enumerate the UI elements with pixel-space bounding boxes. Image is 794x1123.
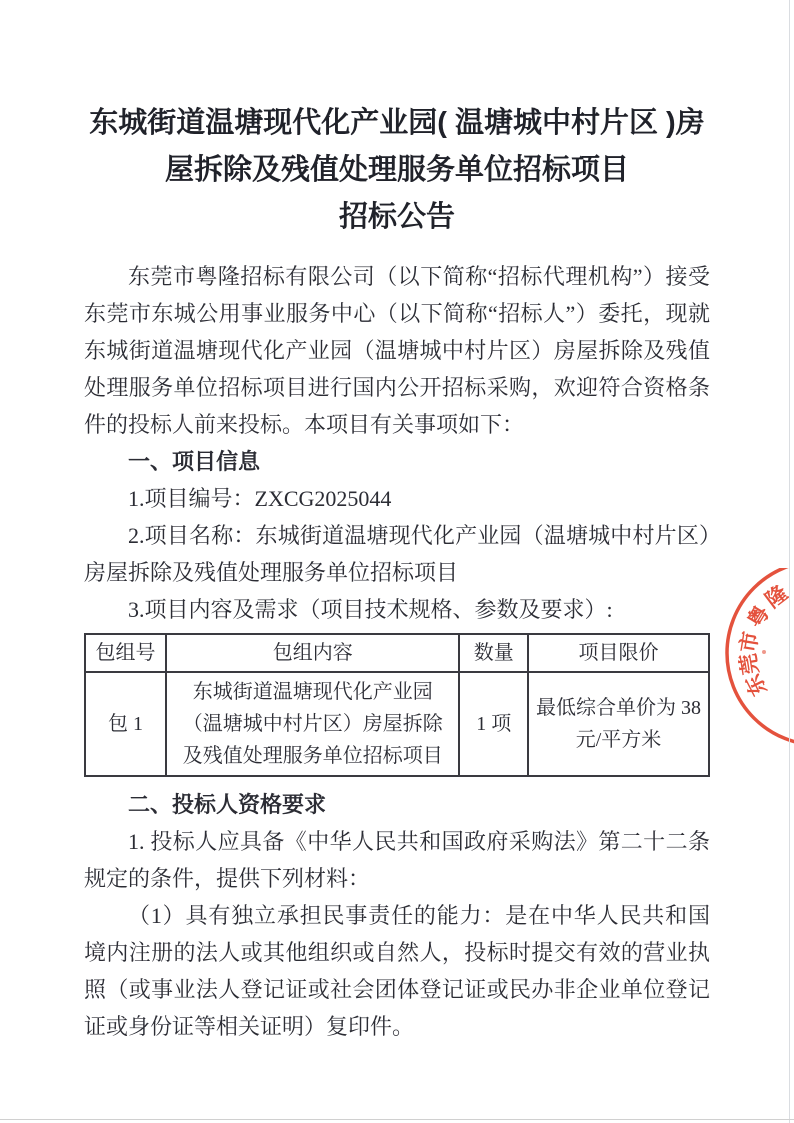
section-heading-project-info: 一、项目信息 bbox=[84, 443, 710, 480]
cell-price-limit: 最低综合单价为 38 元/平方米 bbox=[528, 672, 709, 776]
project-number-line: 1.项目编号：ZXCG2025044 bbox=[84, 480, 710, 517]
cell-package-no: 包 1 bbox=[85, 672, 166, 776]
seal-speck bbox=[762, 650, 766, 654]
seal-char-3: 市 bbox=[736, 630, 763, 654]
package-table-header-row: 包组号 包组内容 数量 项目限价 bbox=[85, 634, 709, 672]
intro-paragraph: 东莞市粤隆招标有限公司（以下简称“招标代理机构”）接受东莞市东城公用事业服务中心… bbox=[84, 258, 710, 443]
project-name-line: 2.项目名称：东城街道温塘现代化产业园（温塘城中村片区）房屋拆除及残值处理服务单… bbox=[84, 517, 710, 591]
project-content-line: 3.项目内容及需求（项目技术规格、参数及要求）: bbox=[84, 591, 710, 628]
section-heading-qualification: 二、投标人资格要求 bbox=[84, 786, 710, 823]
seal-circle bbox=[727, 568, 794, 745]
header-package-no: 包组号 bbox=[85, 634, 166, 672]
package-table: 包组号 包组内容 数量 项目限价 包 1 东城街道温塘现代化产业园（温塘城中村片… bbox=[84, 633, 710, 777]
qualification-capacity-paragraph: （1）具有独立承担民事责任的能力：是在中华人民共和国境内注册的法人或其他组织或自… bbox=[84, 897, 710, 1045]
document-title-main: 东城街道温塘现代化产业园( 温塘城中村片区 )房屋拆除及残值处理服务单位招标项目 bbox=[84, 100, 710, 194]
document-title-sub: 招标公告 bbox=[84, 194, 710, 241]
document-content: 东城街道温塘现代化产业园( 温塘城中村片区 )房屋拆除及残值处理服务单位招标项目… bbox=[84, 100, 710, 1045]
document-title: 东城街道温塘现代化产业园( 温塘城中村片区 )房屋拆除及残值处理服务单位招标项目… bbox=[84, 100, 710, 241]
seal-text-arc: 东 莞 市 粤 隆 bbox=[736, 581, 792, 700]
header-quantity: 数量 bbox=[459, 634, 528, 672]
qualification-law-paragraph: 1. 投标人应具备《中华人民共和国政府采购法》第二十二条规定的条件，提供下列材料… bbox=[84, 823, 710, 897]
document-page: 东城街道温塘现代化产业园( 温塘城中村片区 )房屋拆除及残值处理服务单位招标项目… bbox=[0, 0, 794, 1123]
seal-char-4: 粤 bbox=[743, 601, 774, 631]
company-seal-stamp: 东 莞 市 粤 隆 bbox=[724, 568, 794, 748]
scan-edge-artifact-bottom bbox=[0, 1119, 794, 1120]
cell-package-content: 东城街道温塘现代化产业园（温塘城中村片区）房屋拆除及残值处理服务单位招标项目 bbox=[166, 672, 459, 776]
header-package-content: 包组内容 bbox=[166, 634, 459, 672]
seal-char-1: 东 bbox=[741, 670, 772, 700]
cell-quantity: 1 项 bbox=[459, 672, 528, 776]
seal-char-5: 隆 bbox=[761, 581, 792, 613]
header-price-limit: 项目限价 bbox=[528, 634, 709, 672]
scan-edge-artifact-right bbox=[789, 0, 790, 1123]
table-row: 包 1 东城街道温塘现代化产业园（温塘城中村片区）房屋拆除及残值处理服务单位招标… bbox=[85, 672, 709, 776]
seal-char-2: 莞 bbox=[736, 652, 763, 676]
